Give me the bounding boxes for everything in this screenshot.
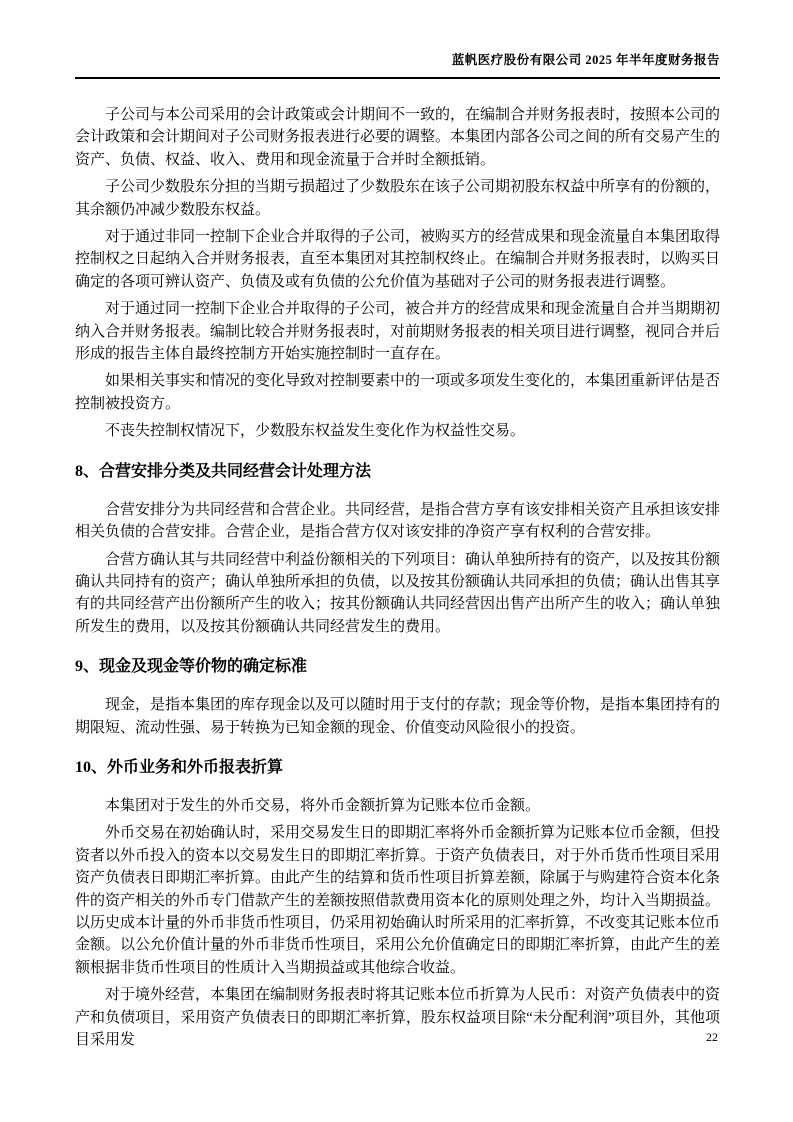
paragraph-equity-transaction: 不丧失控制权情况下，少数股东权益发生变化作为权益性交易。 — [75, 420, 720, 442]
paragraph-joint-arrangement-definition: 合营安排分为共同经营和合营企业。共同经营，是指合营方享有该安排相关资产且承担该安… — [75, 499, 720, 544]
section-heading-9: 9、现金及现金等价物的确定标准 — [75, 656, 720, 678]
report-title: 蓝帆医疗股份有限公司 2025 年半年度财务报告 — [452, 53, 720, 67]
paragraph-foreign-currency-translation: 外币交易在初始确认时，采用交易发生日的即期汇率将外币金额折算为记账本位币金额，但… — [75, 822, 720, 979]
paragraph-control-reassessment: 如果相关事实和情况的变化导致对控制要素中的一项或多项发生变化的，本集团重新评估是… — [75, 370, 720, 415]
paragraph-minority-loss: 子公司少数股东分担的当期亏损超过了少数股东在该子公司期初股东权益中所享有的份额的… — [75, 176, 720, 221]
paragraph-subsidiary-policy-alignment: 子公司与本公司采用的会计政策或会计期间不一致的，在编制合并财务报表时，按照本公司… — [75, 104, 720, 171]
section-heading-8: 8、合营安排分类及共同经营会计处理方法 — [75, 461, 720, 483]
section-heading-10: 10、外币业务和外币报表折算 — [75, 757, 720, 779]
paragraph-common-control-merger: 对于通过同一控制下企业合并取得的子公司，被合并方的经营成果和现金流量自合并当期期… — [75, 298, 720, 365]
page-content: 子公司与本公司采用的会计政策或会计期间不一致的，在编制合并财务报表时，按照本公司… — [75, 104, 720, 1056]
document-page: 蓝帆医疗股份有限公司 2025 年半年度财务报告 子公司与本公司采用的会计政策或… — [0, 0, 793, 1122]
paragraph-joint-operation-recognition: 合营方确认其与共同经营中利益份额相关的下列项目：确认单独所持有的资产，以及按其份… — [75, 549, 720, 639]
paragraph-non-common-control-merger: 对于通过非同一控制下企业合并取得的子公司，被购买方的经营成果和现金流量自本集团取… — [75, 226, 720, 293]
page-number: 22 — [706, 1030, 718, 1044]
paragraph-foreign-currency-intro: 本集团对于发生的外币交易，将外币金额折算为记账本位币金额。 — [75, 795, 720, 817]
page-footer: 22 — [706, 1029, 718, 1045]
paragraph-overseas-operation-translation: 对于境外经营，本集团在编制财务报表时将其记账本位币折算为人民币：对资产负债表中的… — [75, 984, 720, 1051]
page-header: 蓝帆医疗股份有限公司 2025 年半年度财务报告 — [75, 50, 720, 79]
paragraph-cash-equivalents-definition: 现金，是指本集团的库存现金以及可以随时用于支付的存款；现金等价物，是指本集团持有… — [75, 694, 720, 739]
